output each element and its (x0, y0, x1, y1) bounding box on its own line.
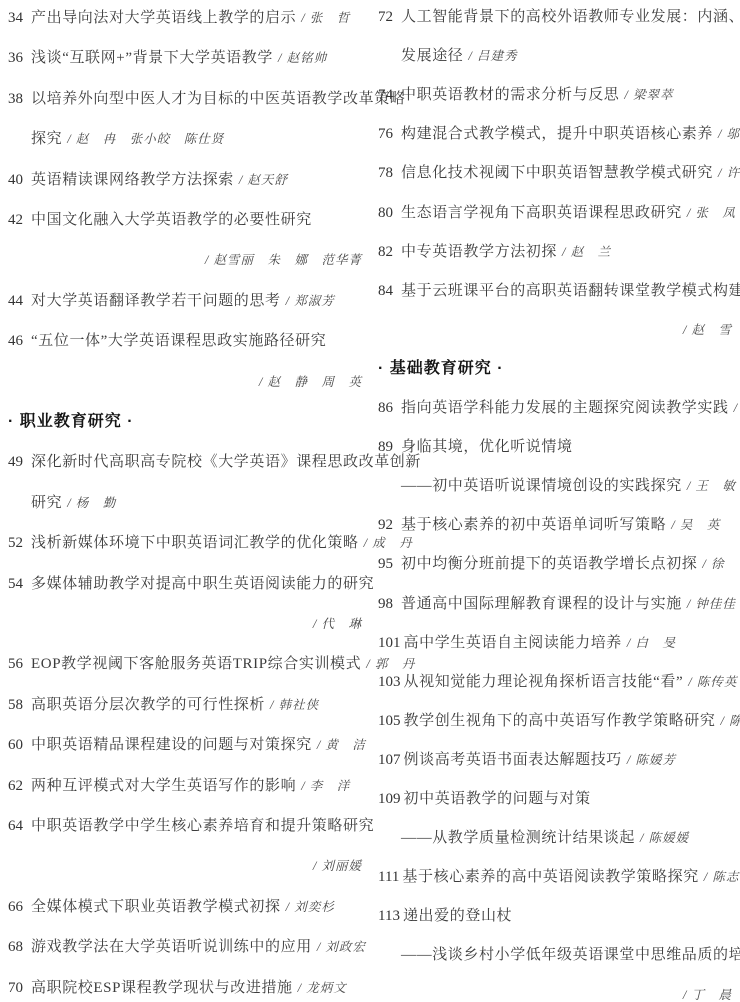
toc-entry-title: 生态语言学视角下高职英语课程思政研究 (401, 205, 682, 221)
toc-entry-author: / 徐 青 (702, 557, 740, 571)
toc-continuation-line: ——从教学质量检测统计结果谈起/ 陈媛媛 (378, 828, 734, 848)
toc-page-number: 105 (378, 711, 401, 731)
toc-entry-title: 浅析新媒体环境下中职英语词汇教学的优化策略 (31, 535, 359, 551)
toc-entry-line: 72人工智能背景下的高校外语教师专业发展：内涵、挑战及 (378, 7, 734, 27)
toc-author-line: / 赵雪丽 朱 娜 范华菁 (8, 250, 364, 270)
toc-entry-title: 指向英语学科能力发展的主题探究阅读教学实践 (401, 400, 729, 416)
toc-entry-line: 68游戏教学法在大学英语听说训练中的应用/ 刘政宏 (8, 937, 364, 957)
toc-page-number: 92 (378, 515, 398, 535)
toc-entry-author: / 龙炳文 (298, 981, 347, 995)
toc-entry-title: 对大学英语翻译教学若干问题的思考 (31, 293, 281, 309)
toc-entry-title: 普通高中国际理解教育课程的设计与实施 (401, 596, 682, 612)
toc-entry-author: / 许 颖 (718, 166, 740, 180)
toc-entry-title: ——从教学质量检测统计结果谈起 (401, 830, 635, 846)
toc-page-number: 109 (378, 789, 401, 809)
toc-entry-author: / 赵 雪 (683, 323, 732, 337)
toc-entry-title: 浅谈“互联网+”背景下大学英语教学 (31, 50, 273, 66)
toc-entry-title: 探究 (31, 131, 62, 147)
toc-entry-line: 70高职院校ESP课程教学现状与改进措施/ 龙炳文 (8, 978, 364, 998)
toc-entry-author: / 钟佳佳 (687, 597, 736, 611)
toc-column-right: 72人工智能背景下的高校外语教师专业发展：内涵、挑战及发展途径/ 吕建秀74中职… (378, 0, 734, 1002)
toc-entry-line: 113递出爱的登山杖 (378, 906, 734, 926)
toc-continuation-line: 发展途径/ 吕建秀 (378, 46, 734, 66)
toc-entry-title: 中国文化融入大学英语教学的必要性研究 (31, 212, 312, 228)
toc-entry-line: 66全媒体模式下职业英语教学模式初探/ 刘奕杉 (8, 897, 364, 917)
toc-page-number: 80 (378, 203, 398, 223)
toc-entry-title: 中专英语教学方法初探 (401, 244, 557, 260)
toc-entry-author: / 刘丽媛 (313, 859, 362, 873)
toc-page-number: 58 (8, 695, 28, 715)
toc-entry-line: 64中职英语教学中学生核心素养培育和提升策略研究 (8, 816, 364, 836)
toc-entry-line: 54多媒体辅助教学对提高中职生英语阅读能力的研究 (8, 574, 364, 594)
toc-entry-line: 103从视知觉能力理论视角探析语言技能“看”/ 陈传英 (378, 672, 734, 692)
toc-entry-line: 34产出导向法对大学英语线上教学的启示/ 张 哲 (8, 8, 364, 28)
toc-author-line: / 代 琳 (8, 614, 364, 634)
toc-author-line: / 刘丽媛 (8, 856, 364, 876)
toc-entry-author: / 赵天舒 (239, 173, 288, 187)
toc-entry-author: / 吕建秀 (468, 49, 517, 63)
toc-entry-author: / 杨 勤 (67, 496, 116, 510)
toc-page-number: 82 (378, 242, 398, 262)
toc-entry-line: 101高中学生英语自主阅读能力培养/ 白 旻 (378, 633, 734, 653)
toc-entry-title: 英语精读课网络教学方法探索 (31, 172, 234, 188)
toc-page-number: 52 (8, 533, 28, 553)
toc-entry-author: / 白 旻 (627, 636, 676, 650)
toc-entry-title: 中职英语教材的需求分析与反思 (401, 87, 619, 103)
toc-entry-line: 40英语精读课网络教学方法探索/ 赵天舒 (8, 170, 364, 190)
toc-section-header: · 职业教育研究 · (8, 412, 364, 432)
toc-entry-title: 发展途径 (401, 48, 463, 64)
toc-page-number: 76 (378, 124, 398, 144)
toc-entry-line: 49深化新时代高职高专院校《大学英语》课程思政改革创新 (8, 452, 364, 472)
toc-continuation-line: 研究/ 杨 勤 (8, 493, 364, 513)
toc-entry-author: / 陈媛芳 (627, 753, 676, 767)
toc-entry-author: / 刘奕杉 (286, 900, 335, 914)
toc-entry-title: 身临其境，优化听说情境 (401, 439, 573, 455)
toc-author-line: / 赵 静 周 英 (8, 372, 364, 392)
toc-entry-title: 高职英语分层次教学的可行性探析 (31, 697, 265, 713)
toc-entry-title: 信息化技术视阈下中职英语智慧教学模式研究 (401, 165, 713, 181)
toc-continuation-line: ——浅谈乡村小学低年级英语课堂中思维品质的培养 (378, 945, 734, 965)
toc-page-number: 62 (8, 776, 28, 796)
toc-entry-title: “五位一体”大学英语课程思政实施路径研究 (31, 333, 326, 349)
toc-entry-author: / 王 敏 (687, 479, 736, 493)
toc-page-number: 42 (8, 210, 28, 230)
toc-page-number: 68 (8, 937, 28, 957)
toc-entry-line: 89身临其境，优化听说情境 (378, 437, 734, 457)
toc-entry-author: / 赵 静 周 英 (259, 375, 362, 389)
toc-entry-title: 基于核心素养的初中英语单词听写策略 (401, 517, 666, 533)
toc-page-number: 64 (8, 816, 28, 836)
toc-entry-author: / 李 洋 (301, 779, 350, 793)
toc-page-number: 70 (8, 978, 28, 998)
toc-entry-title: 高中学生英语自主阅读能力培养 (404, 635, 622, 651)
toc-page-number: 54 (8, 574, 28, 594)
toc-entry-title: 中职英语精品课程建设的问题与对策探究 (31, 737, 312, 753)
toc-continuation-line: 探究/ 赵 冉 张小皎 陈仕贤 (8, 129, 364, 149)
toc-entry-title: 高职院校ESP课程教学现状与改进措施 (31, 980, 293, 996)
toc-entry-title: EOP教学视阈下客舱服务英语TRIP综合实训模式 (31, 656, 361, 672)
toc-column-left: 34产出导向法对大学英语线上教学的启示/ 张 哲36浅谈“互联网+”背景下大学英… (8, 0, 364, 1002)
toc-page-number: 84 (378, 281, 398, 301)
toc-page-number: 107 (378, 750, 401, 770)
toc-entry-title: ——浅谈乡村小学低年级英语课堂中思维品质的培养 (401, 947, 740, 963)
toc-page-number: 111 (378, 867, 399, 887)
toc-entry-author: / 赵铭帅 (278, 51, 327, 65)
toc-entry-line: 92基于核心素养的初中英语单词听写策略/ 吴 英 (378, 515, 734, 535)
toc-entry-author: / 丁 晨 (683, 988, 732, 1002)
toc-page-number: 101 (378, 633, 401, 653)
toc-entry-title: 产出导向法对大学英语线上教学的启示 (31, 10, 296, 26)
toc-entry-author: / 沈 菁 (734, 401, 740, 415)
toc-entry-author: / 张 凤 (687, 206, 736, 220)
toc-page-number: 56 (8, 654, 28, 674)
toc-entry-line: 107例谈高考英语书面表达解题技巧/ 陈媛芳 (378, 750, 734, 770)
toc-page-number: 49 (8, 452, 28, 472)
toc-entry-line: 86指向英语学科能力发展的主题探究阅读教学实践/ 沈 菁 (378, 398, 734, 418)
toc-page: 34产出导向法对大学英语线上教学的启示/ 张 哲36浅谈“互联网+”背景下大学英… (0, 0, 740, 1002)
toc-entry-author: / 赵雪丽 朱 娜 范华菁 (205, 253, 362, 267)
toc-entry-line: 74中职英语教材的需求分析与反思/ 梁翠萃 (378, 85, 734, 105)
toc-entry-title: 深化新时代高职高专院校《大学英语》课程思政改革创新 (31, 454, 421, 470)
toc-section-header: · 基础教育研究 · (378, 359, 734, 379)
toc-entry-title: 教学创生视角下的高中英语写作教学策略研究 (404, 713, 716, 729)
toc-entry-author: / 梁翠萃 (624, 88, 673, 102)
toc-entry-line: 46“五位一体”大学英语课程思政实施路径研究 (8, 331, 364, 351)
toc-entry-title: 全媒体模式下职业英语教学模式初探 (31, 899, 281, 915)
toc-entry-line: 84基于云班课平台的高职英语翻转课堂教学模式构建研究 (378, 281, 734, 301)
toc-entry-title: 初中均衡分班前提下的英语教学增长点初探 (401, 556, 697, 572)
toc-entry-author: / 黄 洁 (317, 738, 366, 752)
toc-page-number: 86 (378, 398, 398, 418)
toc-page-number: 74 (378, 85, 398, 105)
toc-page-number: 78 (378, 163, 398, 183)
toc-page-number: 95 (378, 554, 398, 574)
toc-entry-author: / 郑淑芳 (286, 294, 335, 308)
toc-author-line: / 丁 晨 (378, 985, 734, 1002)
toc-entry-line: 95初中均衡分班前提下的英语教学增长点初探/ 徐 青 (378, 554, 734, 574)
toc-entry-title: 研究 (31, 495, 62, 511)
toc-page-number: 46 (8, 331, 28, 351)
toc-entry-title: 中职英语教学中学生核心素养培育和提升策略研究 (31, 818, 374, 834)
toc-page-number: 113 (378, 906, 400, 926)
toc-entry-author: / 赵 兰 (562, 245, 611, 259)
toc-entry-title: 例谈高考英语书面表达解题技巧 (404, 752, 622, 768)
toc-entry-author: / 代 琳 (313, 617, 362, 631)
toc-entry-line: 62两种互评模式对大学生英语写作的影响/ 李 洋 (8, 776, 364, 796)
toc-entry-title: 从视知觉能力理论视角探析语言技能“看” (404, 674, 684, 690)
toc-entry-title: 初中英语教学的问题与对策 (404, 791, 591, 807)
toc-entry-author: / 吴 英 (671, 518, 720, 532)
toc-entry-line: 78信息化技术视阈下中职英语智慧教学模式研究/ 许 颖 (378, 163, 734, 183)
toc-entry-title: 人工智能背景下的高校外语教师专业发展：内涵、挑战及 (401, 9, 740, 25)
toc-entry-title: 两种互评模式对大学生英语写作的影响 (31, 778, 296, 794)
toc-entry-line: 111基于核心素养的高中英语阅读教学策略探究/ 陈志宝 (378, 867, 734, 887)
toc-continuation-line: ——初中英语听说课情境创设的实践探究/ 王 敏 (378, 476, 734, 496)
toc-entry-author: / 邬 斐 (718, 127, 740, 141)
toc-entry-title: ——初中英语听说课情境创设的实践探究 (401, 478, 682, 494)
toc-entry-title: 以培养外向型中医人才为目标的中医英语教学改革策略 (31, 91, 405, 107)
toc-entry-line: 60中职英语精品课程建设的问题与对策探究/ 黄 洁 (8, 735, 364, 755)
toc-page-number: 66 (8, 897, 28, 917)
toc-entry-author: / 陈媛媛 (640, 831, 689, 845)
toc-page-number: 89 (378, 437, 398, 457)
toc-page-number: 72 (378, 7, 398, 27)
toc-page-number: 40 (8, 170, 28, 190)
toc-entry-author: / 陈传英 (688, 675, 737, 689)
toc-entry-line: 56EOP教学视阈下客舱服务英语TRIP综合实训模式/ 郭 丹 (8, 654, 364, 674)
toc-entry-line: 80生态语言学视角下高职英语课程思政研究/ 张 凤 (378, 203, 734, 223)
toc-page-number: 38 (8, 89, 28, 109)
section-header-label: · 基础教育研究 · (378, 360, 504, 377)
toc-entry-line: 109初中英语教学的问题与对策 (378, 789, 734, 809)
toc-page-number: 103 (378, 672, 401, 692)
toc-entry-title: 多媒体辅助教学对提高中职生英语阅读能力的研究 (31, 576, 374, 592)
toc-author-line: / 赵 雪 (378, 320, 734, 340)
toc-entry-line: 38以培养外向型中医人才为目标的中医英语教学改革策略 (8, 89, 364, 109)
toc-entry-title: 游戏教学法在大学英语听说训练中的应用 (31, 939, 312, 955)
toc-entry-title: 构建混合式教学模式，提升中职英语核心素养 (401, 126, 713, 142)
toc-page-number: 98 (378, 594, 398, 614)
toc-page-number: 36 (8, 48, 28, 68)
toc-entry-line: 36浅谈“互联网+”背景下大学英语教学/ 赵铭帅 (8, 48, 364, 68)
toc-entry-line: 105教学创生视角下的高中英语写作教学策略研究/ 陈静雯 (378, 711, 734, 731)
toc-entry-line: 44对大学英语翻译教学若干问题的思考/ 郑淑芳 (8, 291, 364, 311)
toc-entry-line: 42中国文化融入大学英语教学的必要性研究 (8, 210, 364, 230)
toc-entry-title: 基于核心素养的高中英语阅读教学策略探究 (402, 869, 698, 885)
toc-page-number: 44 (8, 291, 28, 311)
toc-entry-title: 递出爱的登山杖 (403, 908, 512, 924)
toc-entry-line: 98普通高中国际理解教育课程的设计与实施/ 钟佳佳 (378, 594, 734, 614)
toc-entry-author: / 张 哲 (301, 11, 350, 25)
toc-entry-author: / 赵 冉 张小皎 陈仕贤 (67, 132, 224, 146)
toc-entry-line: 52浅析新媒体环境下中职英语词汇教学的优化策略/ 成 丹 (8, 533, 364, 553)
toc-entry-title: 基于云班课平台的高职英语翻转课堂教学模式构建研究 (401, 283, 740, 299)
toc-page-number: 34 (8, 8, 28, 28)
toc-entry-author: / 陈静雯 (721, 714, 740, 728)
toc-entry-author: / 韩社侠 (270, 698, 319, 712)
toc-entry-line: 58高职英语分层次教学的可行性探析/ 韩社侠 (8, 695, 364, 715)
toc-entry-line: 82中专英语教学方法初探/ 赵 兰 (378, 242, 734, 262)
toc-entry-author: / 陈志宝 (704, 870, 740, 884)
toc-entry-line: 76构建混合式教学模式，提升中职英语核心素养/ 邬 斐 (378, 124, 734, 144)
section-header-label: · 职业教育研究 · (8, 413, 134, 430)
toc-page-number: 60 (8, 735, 28, 755)
toc-entry-author: / 刘政宏 (317, 940, 366, 954)
